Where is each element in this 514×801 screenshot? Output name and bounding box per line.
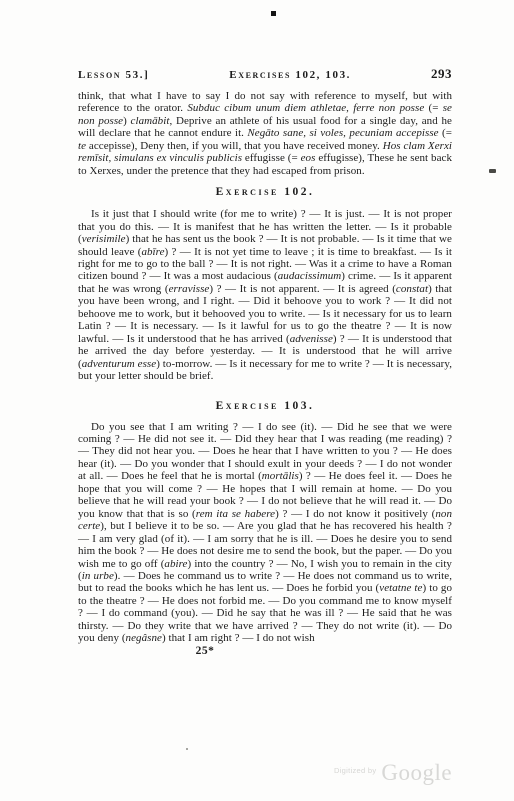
ink-mark-artifact (489, 169, 496, 173)
google-logo: Google (381, 760, 452, 785)
exercise-103-text: Do you see that I am writing ? — I do se… (78, 421, 452, 645)
exercise-102-heading: Exercise 102. (78, 185, 452, 199)
ink-mark-artifact (186, 748, 188, 750)
signature-mark: 25* (18, 645, 392, 657)
intro-paragraph: think, that what I have to say I do not … (78, 90, 452, 177)
exercise-102-text: Is it just that I should write (for me t… (78, 208, 452, 382)
watermark-prefix: Digitized by (334, 766, 376, 775)
exercise-103-heading: Exercise 103. (78, 399, 452, 413)
ink-mark-artifact (271, 11, 276, 16)
digitized-watermark: Digitized byGoogle (334, 760, 452, 786)
book-page: Lesson 53.] Exercises 102, 103. 293 thin… (0, 0, 514, 801)
text-block: think, that what I have to say I do not … (78, 0, 452, 657)
